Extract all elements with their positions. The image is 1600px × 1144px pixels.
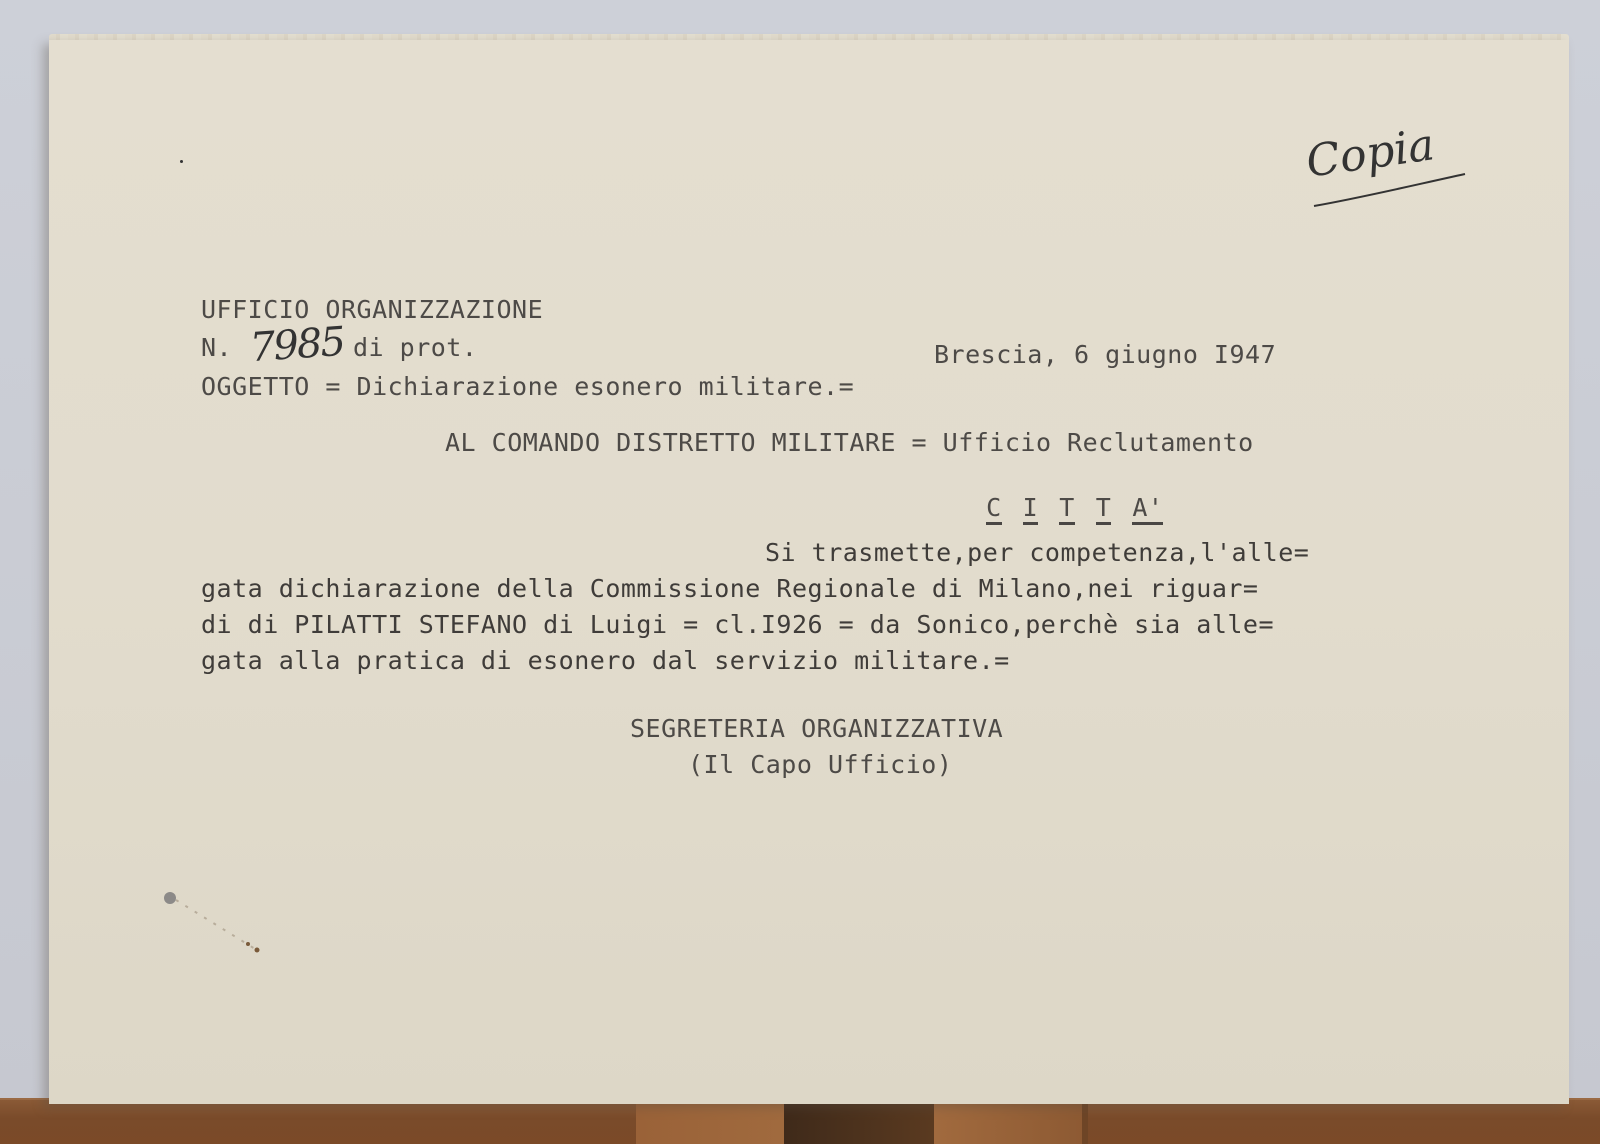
body-line: Si trasmette,per competenza,l'alle=	[765, 540, 1309, 565]
city-letter: I	[1023, 495, 1039, 525]
city-letter: C	[986, 495, 1002, 525]
shelf-block-mid	[934, 1098, 1082, 1144]
shelf-block-mid	[636, 1098, 784, 1144]
city-letter: T	[1059, 495, 1075, 525]
signature-office: SEGRETERIA ORGANIZZATIVA	[630, 716, 1003, 741]
place-date: Brescia, 6 giugno I947	[934, 342, 1276, 367]
shelf-block-mid-dark	[784, 1098, 934, 1144]
city-letter: T	[1096, 495, 1112, 525]
body-line: di di PILATTI STEFANO di Luigi = cl.I926…	[201, 612, 1274, 637]
protocol-prefix: N.	[201, 335, 232, 360]
handwritten-underline	[1310, 168, 1470, 218]
office-heading: UFFICIO ORGANIZZAZIONE	[201, 297, 543, 322]
body-line: gata alla pratica di esonero dal servizi…	[201, 648, 1010, 673]
protocol-suffix: di prot.	[353, 335, 477, 360]
shelf-block-left	[0, 1098, 636, 1144]
shelf-block-right	[1088, 1098, 1600, 1144]
body-line: gata dichiarazione della Commissione Reg…	[201, 576, 1259, 601]
recipient-city: CITTA'	[955, 470, 1184, 525]
protocol-number-handwritten: 7985	[249, 319, 346, 371]
recipient-line: AL COMANDO DISTRETTO MILITARE = Ufficio …	[445, 430, 1254, 455]
paper-speck	[180, 160, 183, 163]
signature-title: (Il Capo Ufficio)	[688, 752, 952, 777]
subject-line: OGGETTO = Dichiarazione esonero militare…	[201, 374, 854, 399]
paper-hole-mark	[150, 890, 280, 970]
city-letter: A'	[1132, 495, 1163, 525]
